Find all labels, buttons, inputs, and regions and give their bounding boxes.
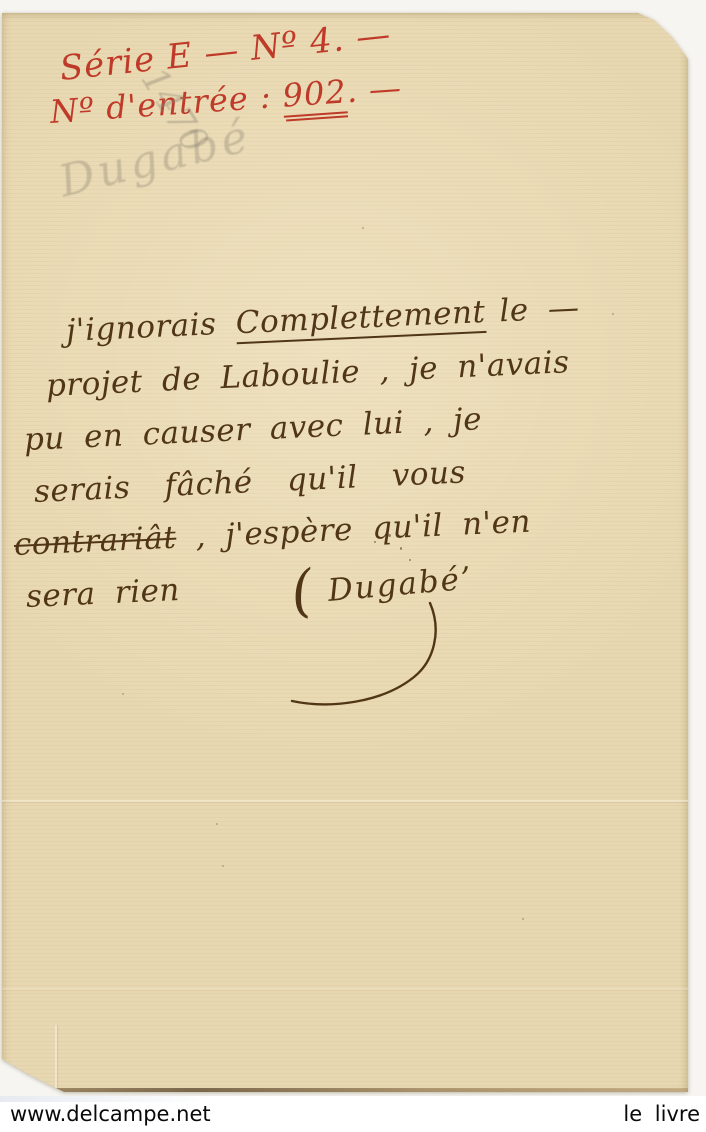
paper-sheet: Série E — Nº 4. — Nº d'entrée : 902. — 1… (2, 13, 688, 1092)
foxing-spot (222, 865, 224, 867)
paper-bottom-edge (2, 1088, 688, 1092)
ink-speckle (400, 547, 402, 550)
scanned-letter-photo: Série E — Nº 4. — Nº d'entrée : 902. — 1… (0, 0, 706, 1132)
letter-line-3: pu en causer avec lui , je (23, 401, 483, 458)
ink-speckle (409, 559, 411, 561)
letter-line-1: j'ignorais Complettementle — (65, 290, 580, 349)
foxing-spot (362, 227, 364, 229)
foxing-spot (522, 918, 524, 920)
ink-speckle (388, 534, 391, 537)
line5-rest: , j'espère qu'il n'en (175, 504, 531, 556)
foxing-spot (122, 693, 124, 695)
foxing-spot (612, 313, 614, 315)
letter-line-4: serais fâché qu'il vous (33, 454, 466, 510)
line1-pre: j'ignorais (65, 305, 236, 349)
entry-number: 902 (281, 72, 348, 117)
struck-out-word: contrariât (13, 520, 177, 563)
foxing-spot (216, 823, 218, 825)
watermark-site: www.delcampe.net (10, 1102, 211, 1126)
letter-line-6: sera rien (25, 572, 180, 615)
horizontal-fold-crease (2, 800, 688, 802)
entry-suffix: . — (345, 68, 403, 110)
letter-line-2: projet de Laboulie , je n'avais (45, 344, 570, 404)
watermark-brand: le livre (623, 1102, 700, 1126)
line1-post: le — (499, 290, 581, 330)
letter-line-5: contrariât , j'espère qu'il n'en (13, 504, 532, 563)
vertical-fold-crease (55, 1025, 57, 1092)
signature-flourish (274, 593, 474, 711)
ink-speckle (374, 541, 376, 543)
horizontal-fold-crease (2, 988, 688, 990)
letter-paper: Série E — Nº 4. — Nº d'entrée : 902. — 1… (2, 13, 688, 1092)
line1-underlined-word: Complettement (235, 294, 486, 344)
watermark-bar: www.delcampe.net le livre (0, 1096, 706, 1132)
